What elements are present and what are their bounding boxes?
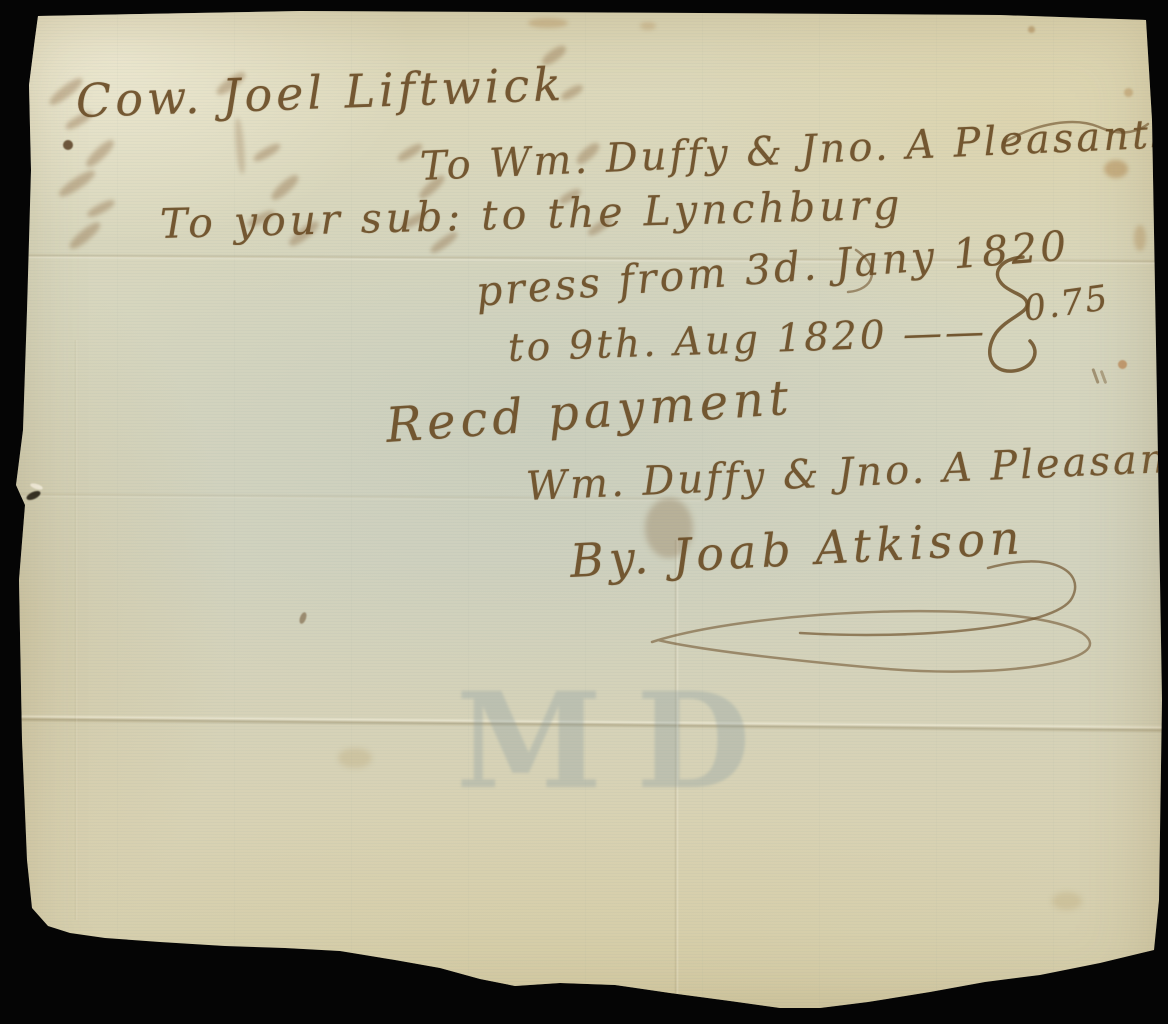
document-paper: MD Cow. Joel Liftwick To Wm. Duffy & Jno… bbox=[0, 0, 1168, 1024]
signature-lower-loop bbox=[652, 611, 1090, 671]
edge-tear-nick-highlight bbox=[30, 482, 44, 491]
yellow-stain bbox=[1052, 892, 1082, 910]
ink-bleed-mark bbox=[86, 197, 117, 219]
rust-dot bbox=[1118, 360, 1127, 369]
rust-stain bbox=[640, 22, 656, 30]
yellow-stain bbox=[338, 748, 372, 768]
ink-bleed-mark bbox=[67, 219, 103, 252]
line-charge-3: to 9th. Aug 1820 —— bbox=[507, 309, 988, 371]
line-signed-by: By. Joab Atkison bbox=[569, 510, 1026, 588]
line-addressee: Cow. Joel Liftwick bbox=[75, 57, 566, 128]
edge-tear-nick bbox=[25, 489, 42, 502]
rust-stain bbox=[1134, 225, 1146, 251]
ink-bleed-mark bbox=[83, 137, 117, 170]
pen-tick bbox=[1091, 368, 1099, 384]
line-amount: 0.75 bbox=[1021, 278, 1112, 330]
line-billed-to: To Wm. Duffy & Jno. A Pleasants bbox=[419, 111, 1168, 190]
rust-stain bbox=[1104, 160, 1128, 178]
scan-background: MD Cow. Joel Liftwick To Wm. Duffy & Jno… bbox=[0, 0, 1168, 1024]
ink-dot-stain bbox=[63, 140, 73, 150]
pen-tick bbox=[1100, 370, 1108, 384]
ink-bleed-mark bbox=[234, 118, 247, 174]
line-charge-1: To your sub: to the Lynchburg bbox=[159, 181, 904, 248]
rust-stain bbox=[528, 18, 568, 28]
watermark-text: MD bbox=[456, 664, 785, 819]
ink-bleed-mark bbox=[57, 167, 98, 200]
line-firm-signature: Wm. Duffy & Jno. A Pleasants bbox=[525, 434, 1168, 510]
rust-stain bbox=[1028, 26, 1035, 33]
line-receipt: Recd payment bbox=[384, 370, 795, 454]
ink-fleck bbox=[298, 611, 308, 624]
fold-crease-vertical-left bbox=[74, 340, 78, 920]
ink-bleed-mark bbox=[252, 141, 282, 164]
rust-stain bbox=[1124, 88, 1133, 97]
